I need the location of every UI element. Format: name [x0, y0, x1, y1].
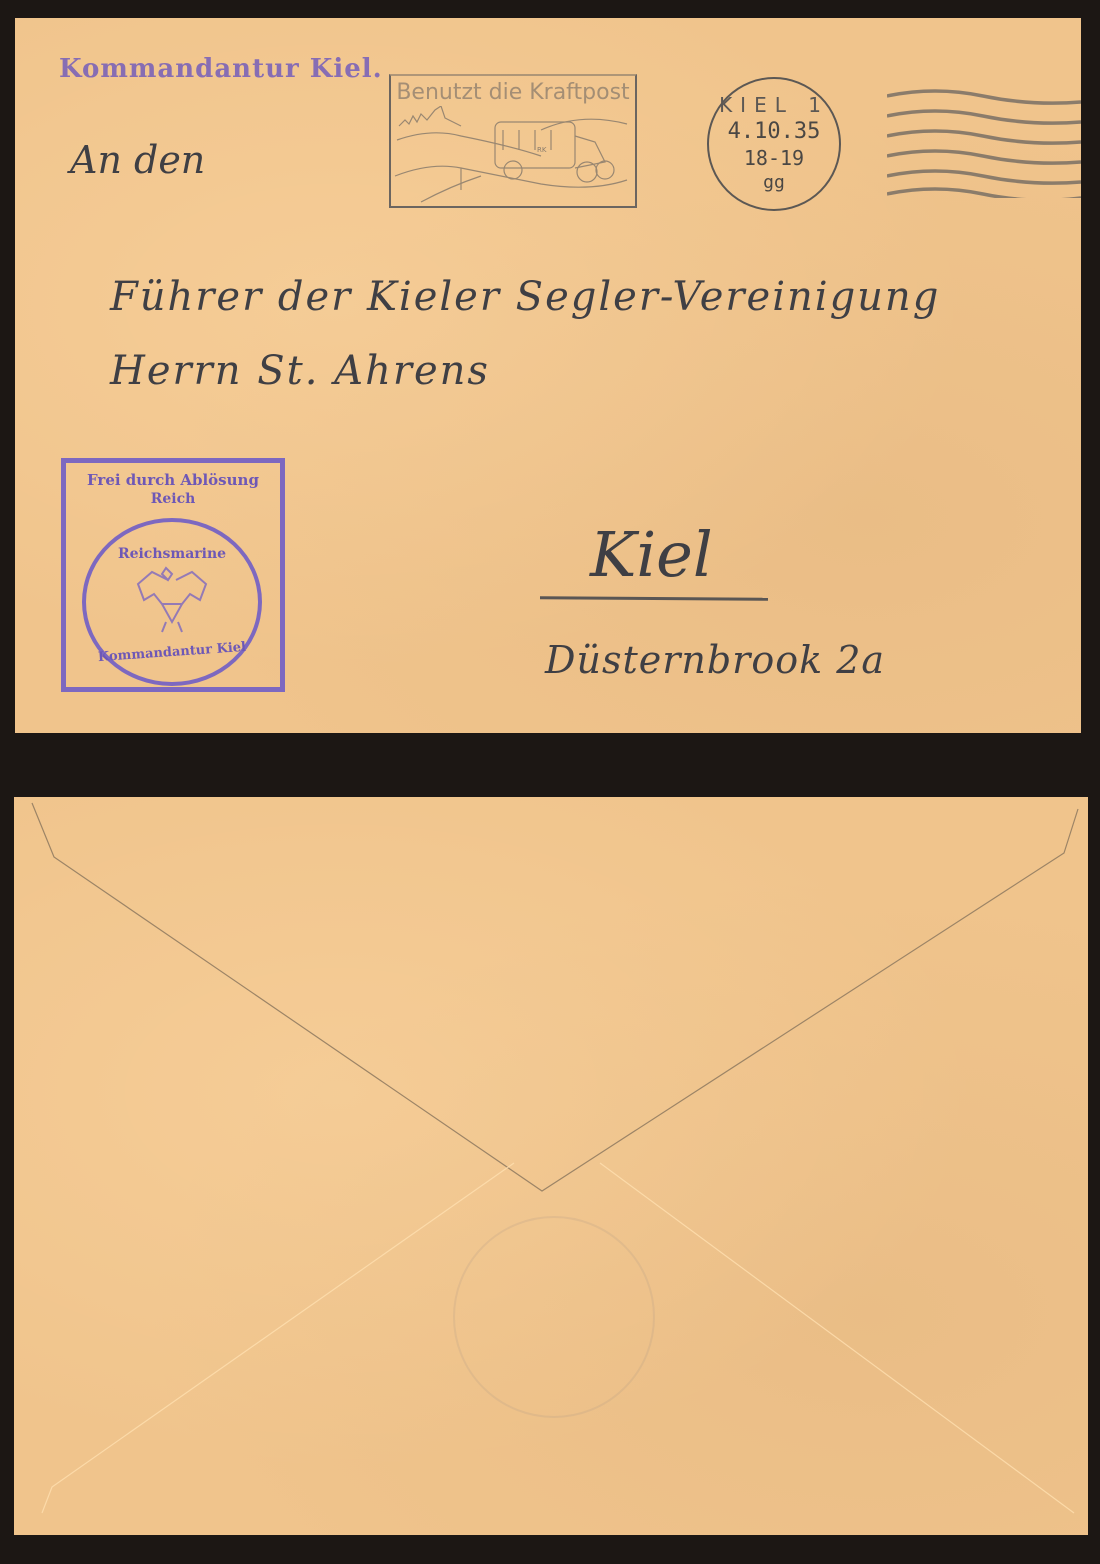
seal-bottom-text: Kommandantur Kiel: [86, 639, 259, 666]
postmark-date: 4.10.35: [709, 119, 839, 144]
recipient-line-2: Herrn St. Ahrens: [110, 348, 490, 394]
envelope-back: [14, 797, 1088, 1535]
postmark-time: 18-19: [709, 146, 839, 170]
salutation: An den: [70, 138, 205, 182]
slogan-text: Benutzt die Kraftpost: [391, 80, 635, 105]
eagle-icon: [132, 564, 212, 634]
envelope-flap-lines: [14, 797, 1088, 1535]
frank-line-1: Frei durch Ablösung: [66, 471, 280, 489]
envelope-front: Kommandantur Kiel. Benutzt die Kraftpost: [15, 18, 1081, 733]
slogan-cancel: Benutzt die Kraftpost RK: [389, 74, 637, 208]
city-underline: [540, 596, 768, 601]
sender-stamp: Kommandantur Kiel.: [59, 54, 383, 84]
postmark-city: KIEL 1: [709, 93, 839, 117]
postal-bus-icon: RK: [391, 106, 635, 204]
svg-text:RK: RK: [537, 146, 547, 154]
postmark-code: gg: [709, 172, 839, 193]
wavy-cancel-lines: [887, 88, 1081, 198]
official-free-frank-stamp: Frei durch Ablösung Reich Reichsmarine K…: [61, 458, 285, 692]
recipient-city: Kiel: [590, 518, 713, 591]
official-seal: Reichsmarine Kommandantur Kiel: [82, 518, 262, 686]
faint-round-stamp: [454, 1217, 654, 1417]
recipient-street: Düsternbrook 2a: [545, 638, 885, 682]
recipient-line-1: Führer der Kieler Segler-Vereinigung: [110, 274, 940, 320]
postmark: KIEL 1 4.10.35 18-19 gg: [707, 77, 841, 211]
frank-line-2: Reich: [66, 491, 280, 507]
seal-top-text: Reichsmarine: [86, 546, 258, 562]
